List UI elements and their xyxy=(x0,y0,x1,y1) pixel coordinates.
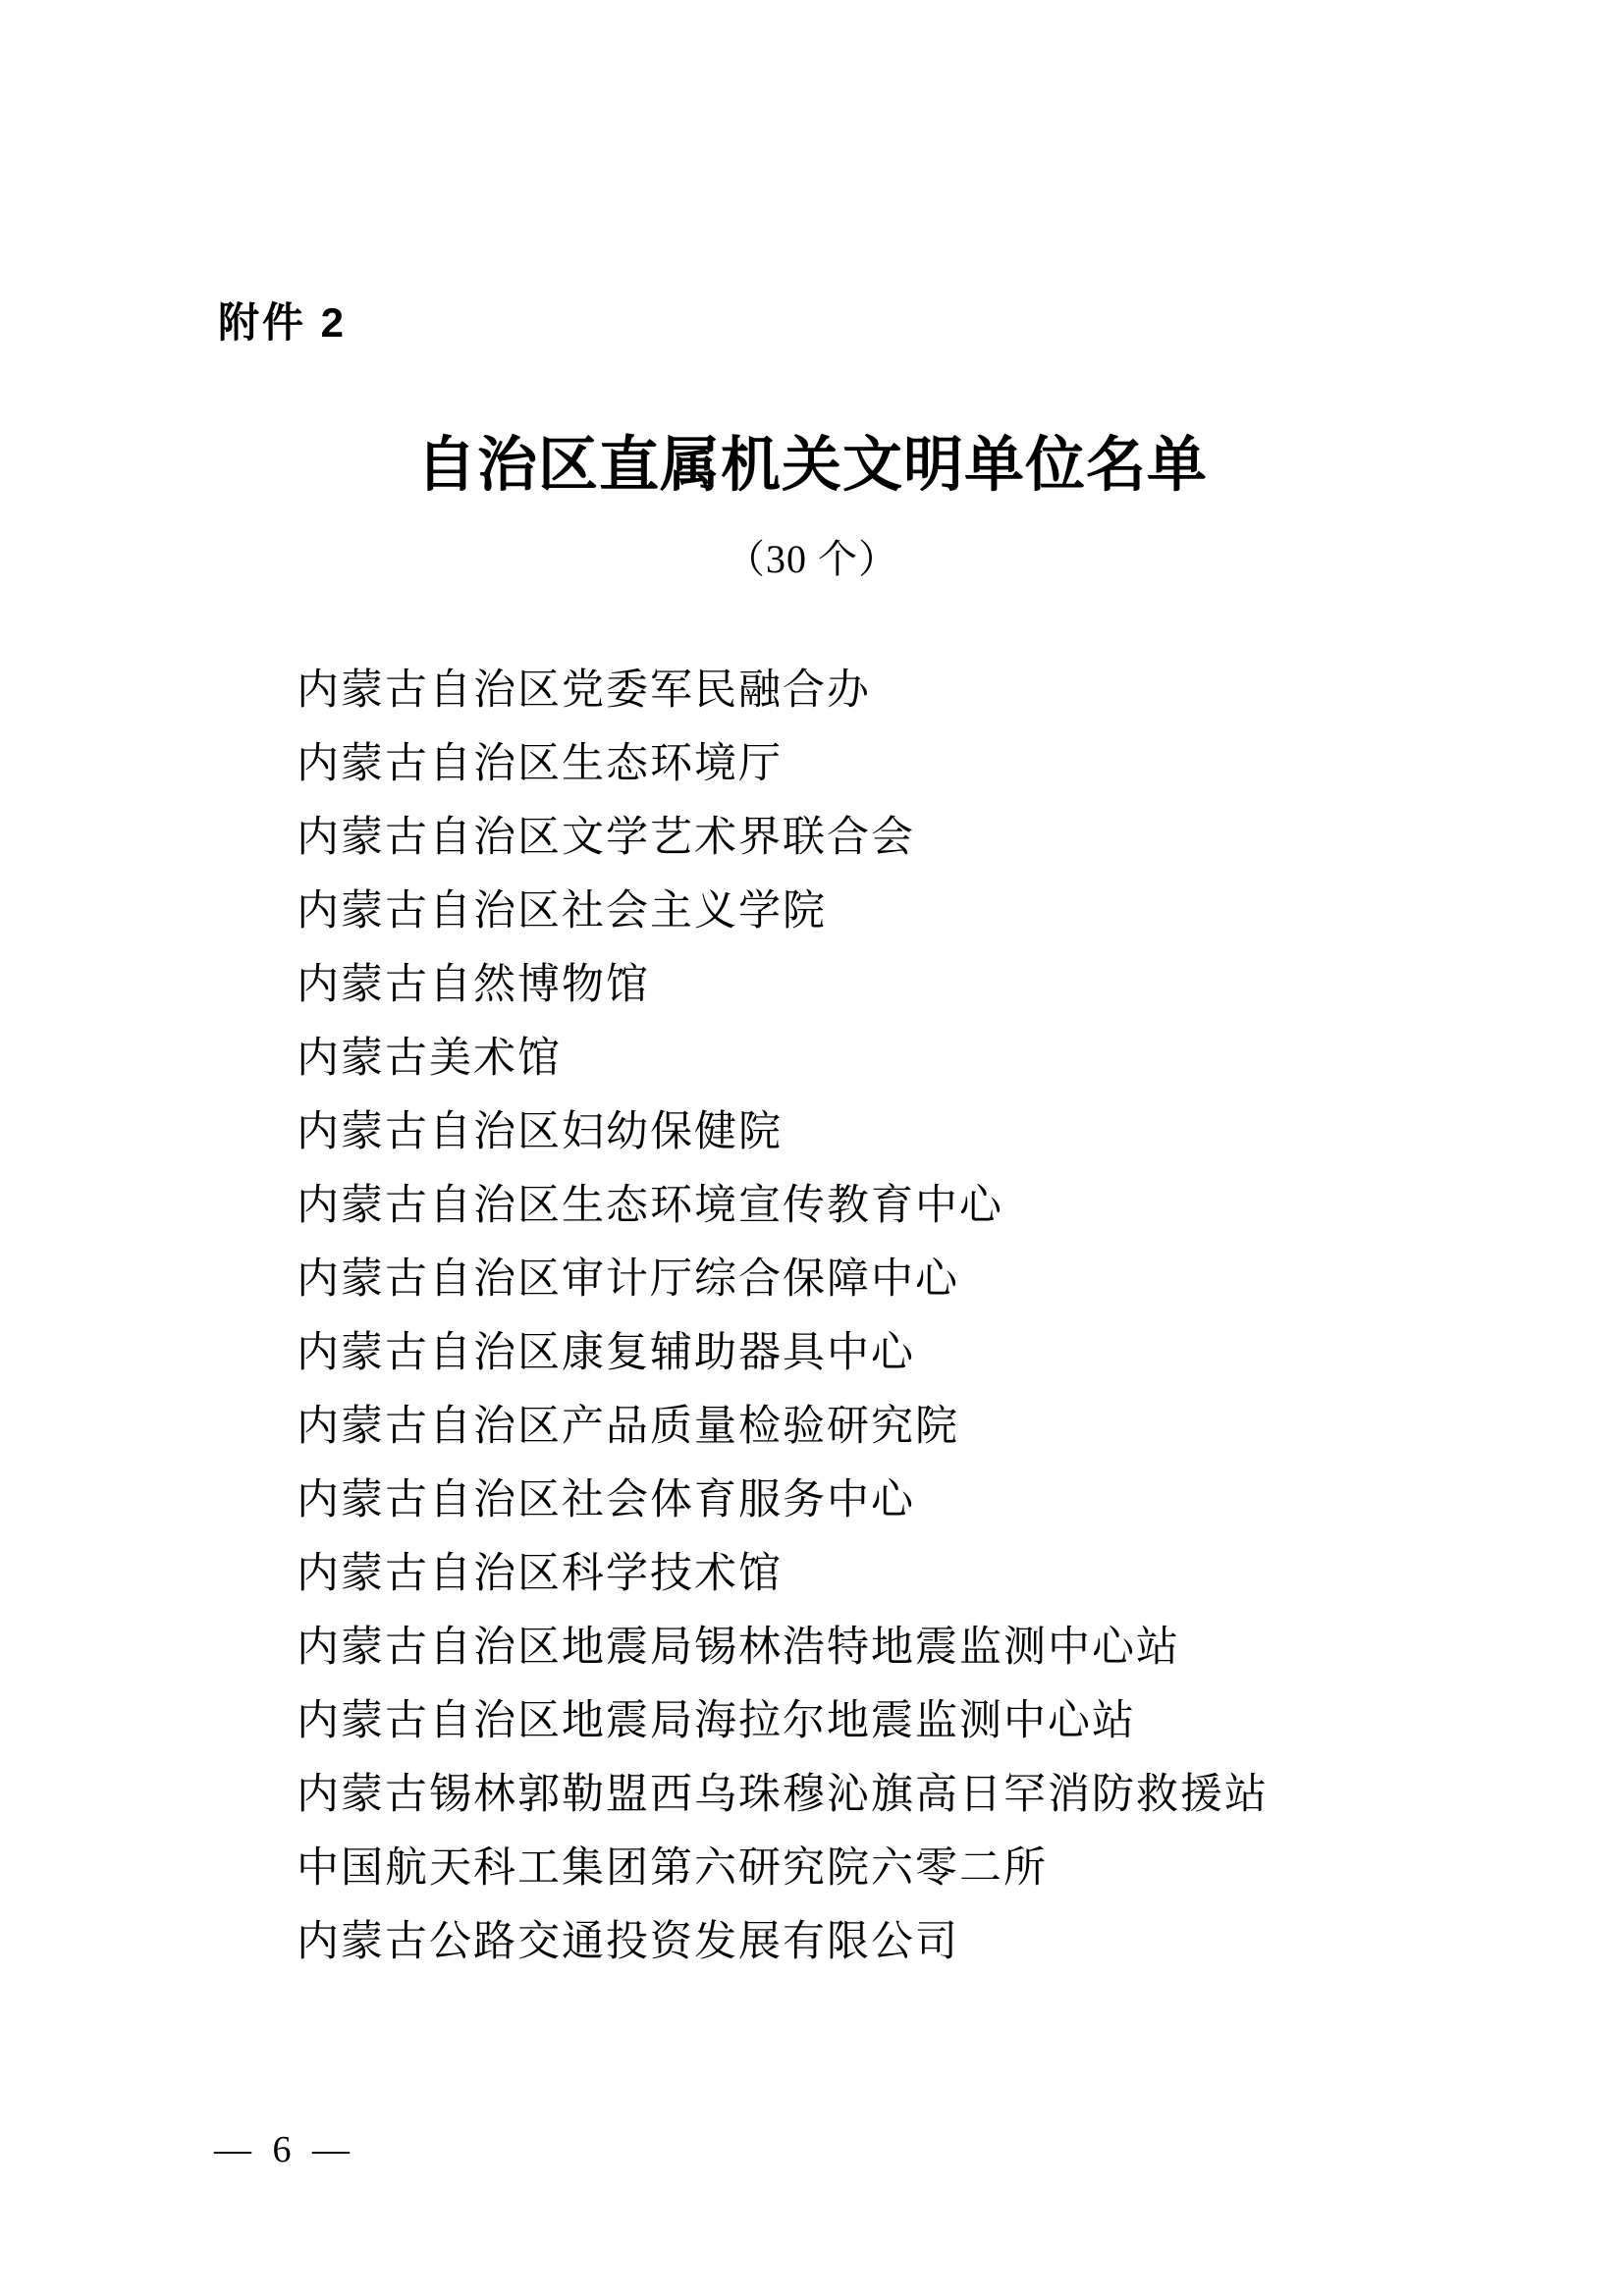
document-page: 附件 2 自治区直属机关文明单位名单 （30 个） 内蒙古自治区党委军民融合办 … xyxy=(0,0,1624,2296)
list-item: 内蒙古自然博物馆 xyxy=(297,948,1269,1022)
list-item: 内蒙古自治区妇幼保健院 xyxy=(297,1095,1269,1169)
list-item: 内蒙古公路交通投资发展有限公司 xyxy=(297,1905,1269,1979)
list-item: 内蒙古自治区康复辅助器具中心 xyxy=(297,1316,1269,1390)
list-item: 内蒙古自治区社会主义学院 xyxy=(297,875,1269,948)
page-subtitle-count: （30 个） xyxy=(0,537,1624,582)
list-item: 内蒙古自治区地震局锡林浩特地震监测中心站 xyxy=(297,1611,1269,1684)
list-item: 内蒙古锡林郭勒盟西乌珠穆沁旗高日罕消防救援站 xyxy=(297,1758,1269,1832)
list-item: 内蒙古自治区生态环境厅 xyxy=(297,727,1269,801)
list-item: 中国航天科工集团第六研究院六零二所 xyxy=(297,1832,1269,1905)
list-item: 内蒙古自治区生态环境宣传教育中心 xyxy=(297,1169,1269,1243)
unit-list: 内蒙古自治区党委军民融合办 内蒙古自治区生态环境厅 内蒙古自治区文学艺术界联合会… xyxy=(297,654,1269,1979)
list-item: 内蒙古自治区社会体育服务中心 xyxy=(297,1464,1269,1537)
list-item: 内蒙古自治区审计厅综合保障中心 xyxy=(297,1243,1269,1316)
list-item: 内蒙古自治区产品质量检验研究院 xyxy=(297,1390,1269,1464)
page-number: — 6 — xyxy=(214,2128,355,2173)
list-item: 内蒙古自治区文学艺术界联合会 xyxy=(297,801,1269,875)
list-item: 内蒙古自治区科学技术馆 xyxy=(297,1537,1269,1611)
list-item: 内蒙古自治区地震局海拉尔地震监测中心站 xyxy=(297,1684,1269,1758)
attachment-label: 附件 2 xyxy=(218,299,347,347)
page-title: 自治区直属机关文明单位名单 xyxy=(0,432,1624,501)
list-item: 内蒙古自治区党委军民融合办 xyxy=(297,654,1269,727)
list-item: 内蒙古美术馆 xyxy=(297,1022,1269,1095)
